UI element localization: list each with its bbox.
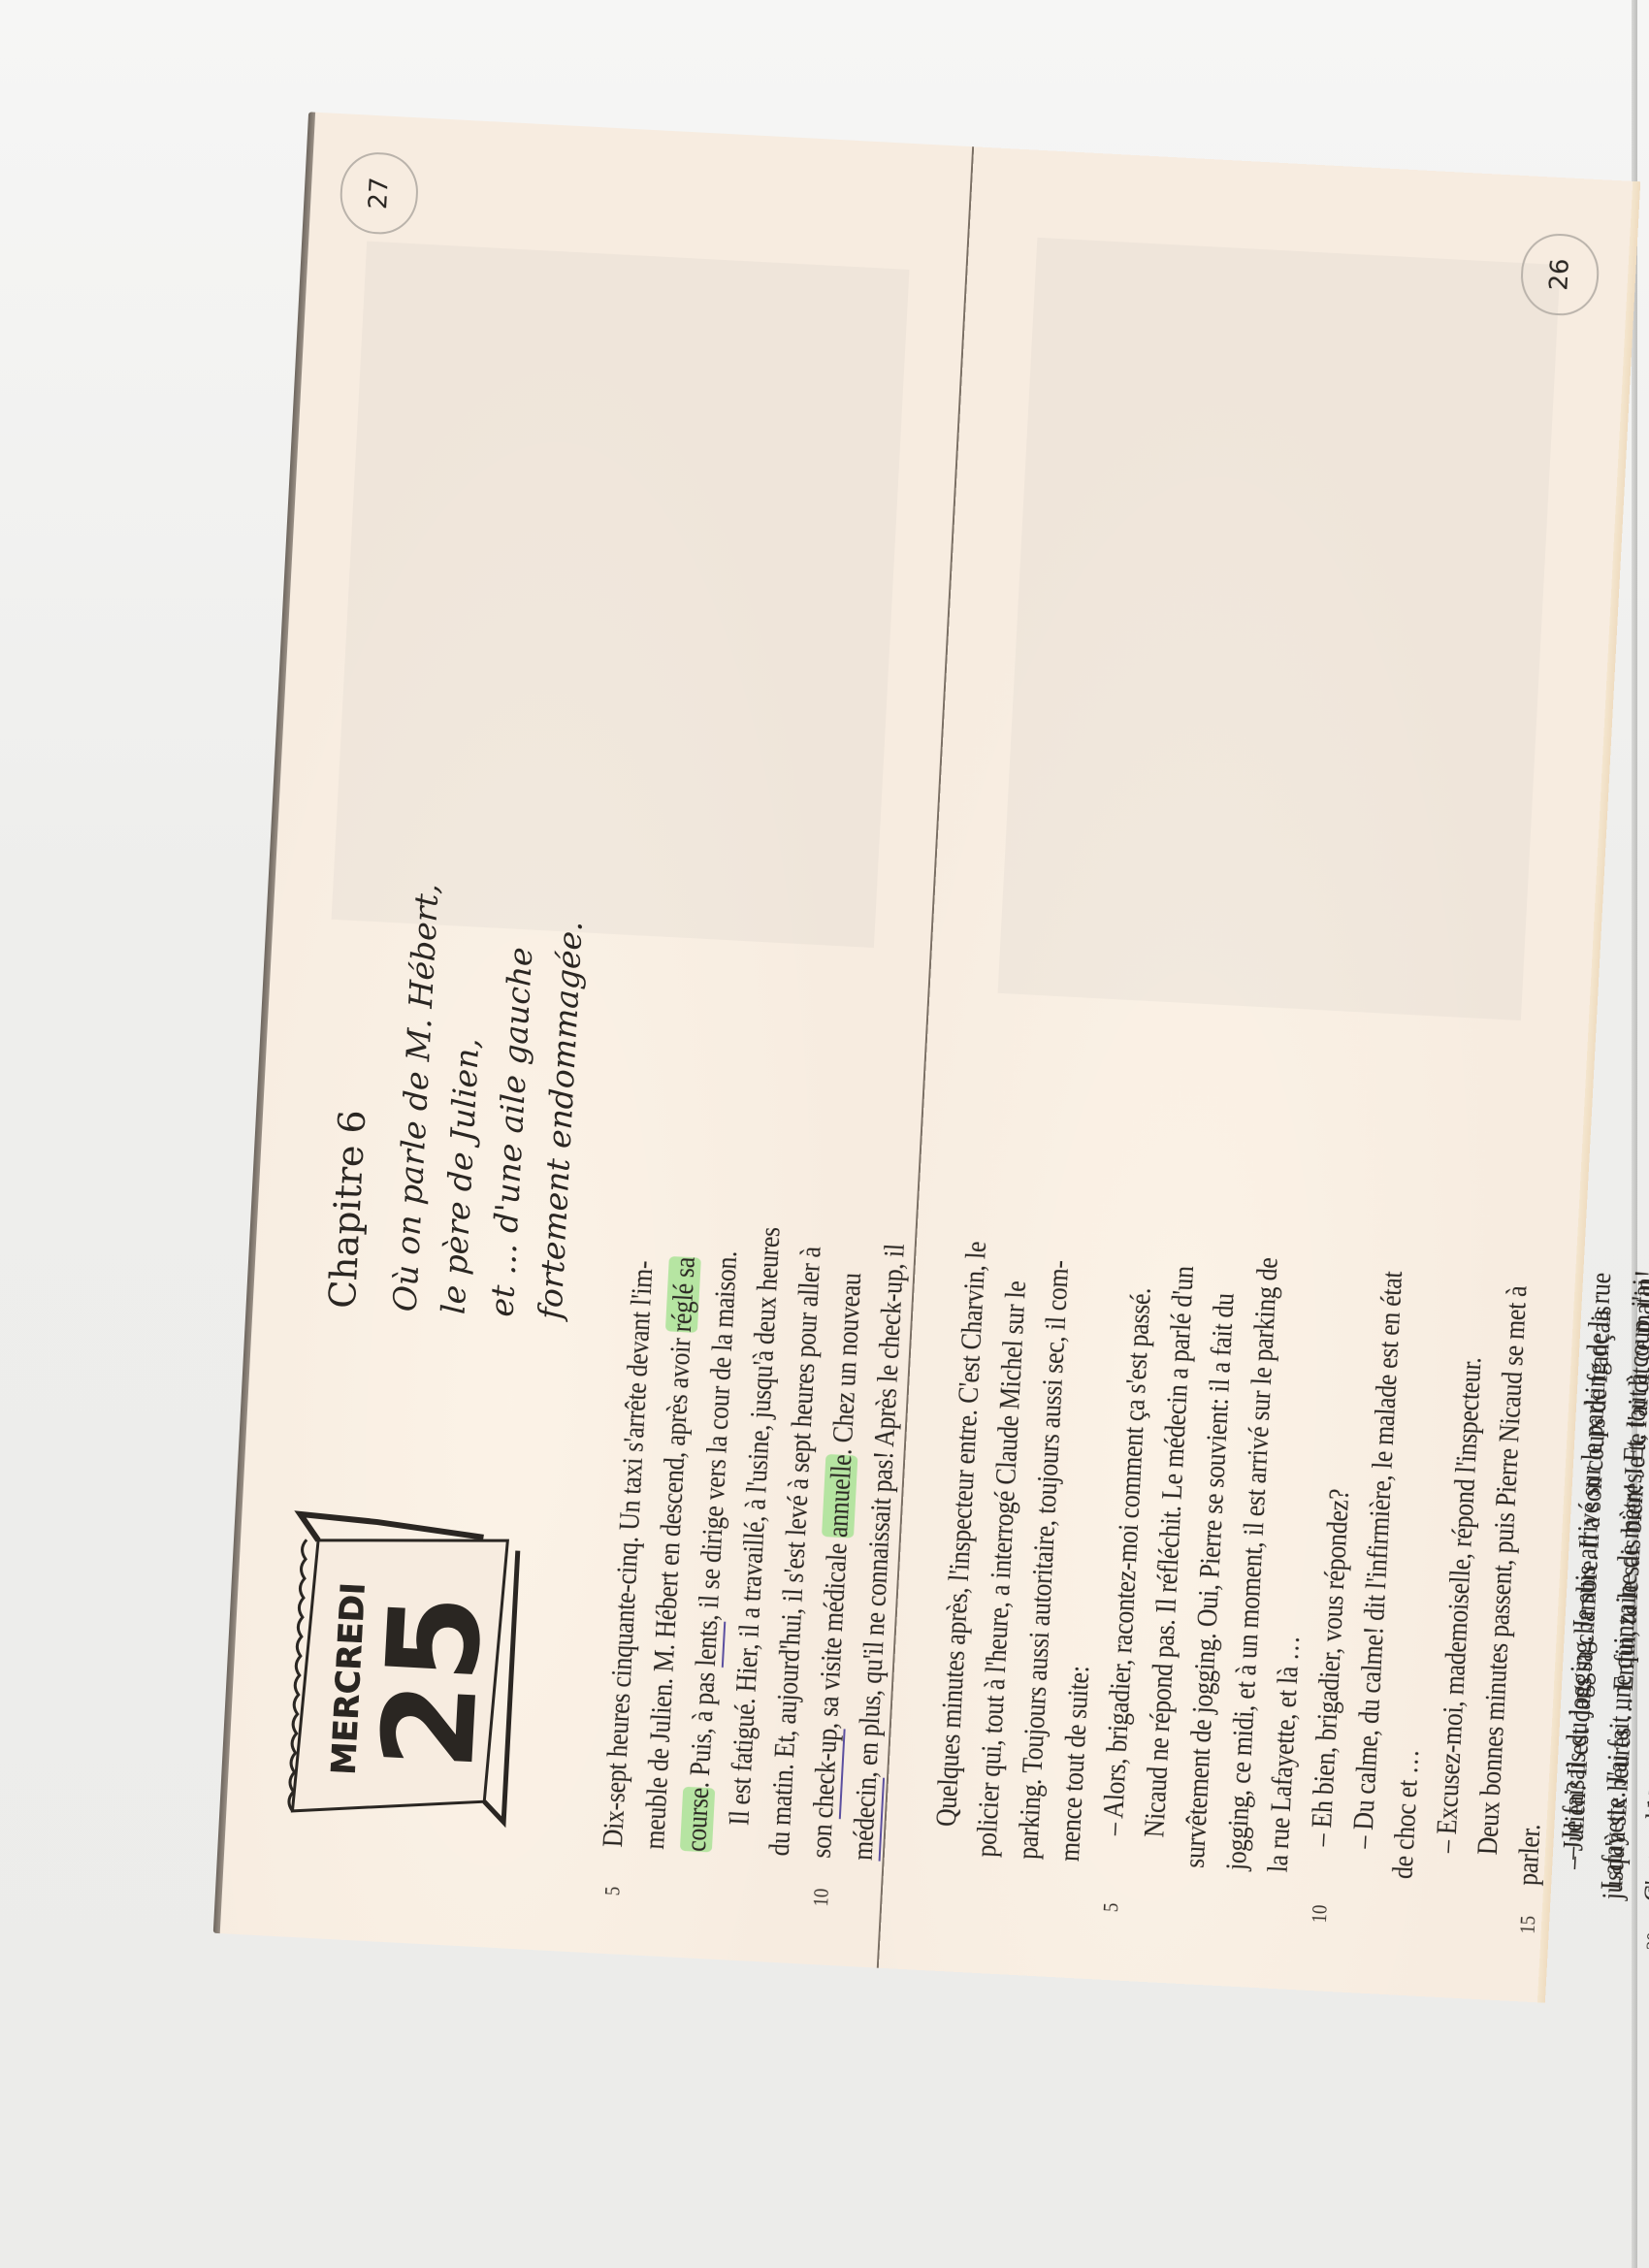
line-number: 10	[1298, 1904, 1341, 1925]
page-number-27: 27	[359, 173, 400, 213]
show-through-illustration	[332, 242, 910, 948]
line-number: 5	[591, 1886, 632, 1896]
chapter-title: Chapitre 6	[321, 1109, 374, 1310]
pencil-circle	[339, 150, 420, 236]
text-segment: parler.	[1511, 1823, 1546, 1886]
body-text-page-26: Quelques minutes après, l'inspecteur ent…	[923, 1236, 1649, 1915]
page-26: Quelques minutes après, l'inspecteur ent…	[879, 146, 1633, 2002]
chapter-subtitle: Où on parle de M. Hébert, le père de Jul…	[381, 883, 598, 1321]
line-number: 15	[1506, 1915, 1549, 1935]
text-segment: , sa visite médicale	[812, 1537, 854, 1730]
scanner-edge	[1632, 0, 1637, 2268]
line-number: 30	[1633, 1931, 1649, 1952]
highlighted-word: annuelle	[822, 1454, 857, 1539]
line-number: 5	[1089, 1902, 1131, 1913]
show-through-illustration	[998, 238, 1561, 1021]
line-number: 10	[799, 1888, 842, 1908]
text-segment: . Puis, à pas	[683, 1666, 722, 1789]
calendar-icon: MERCREDI 25	[274, 1509, 523, 1841]
pen-underline: check-up	[807, 1728, 846, 1819]
text-segment: mence tout de suite:	[1053, 1665, 1096, 1862]
text-segment: . Chez un nouveau	[825, 1272, 867, 1455]
text-segment: de choc et …	[1386, 1748, 1425, 1879]
pen-underline: médecin	[847, 1776, 885, 1861]
svg-text:25: 25	[354, 1590, 510, 1773]
highlighted-word: réglé sa	[665, 1256, 701, 1333]
book-spread: MERCREDI 25 Chapitre 6 Où on parle de M.…	[220, 113, 1633, 2003]
pen-underline: lents	[690, 1620, 726, 1668]
text-segment: son	[805, 1817, 839, 1859]
highlighted-word: course	[680, 1787, 715, 1852]
page-number-26: 26	[1539, 254, 1580, 295]
page-27: MERCREDI 25 Chapitre 6 Où on parle de M.…	[220, 113, 974, 1968]
